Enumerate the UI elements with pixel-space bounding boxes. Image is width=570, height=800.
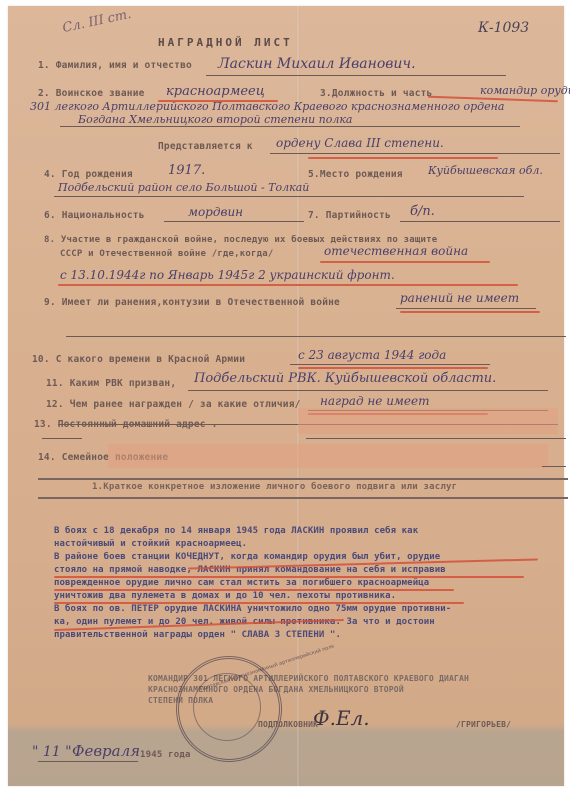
presented-underline — [270, 153, 560, 154]
field-7-underline — [400, 221, 560, 222]
section-rule-top — [38, 478, 568, 480]
narrative-line: настойчивый и стойкий красноармеец. — [54, 539, 247, 549]
date-underline — [38, 761, 138, 762]
field-5-value: Куйбышевская обл. — [428, 164, 543, 177]
field-1-label: 1. Фамилия, имя и отчество — [38, 60, 192, 71]
margin-note-left: Сл. III ст. — [61, 7, 132, 36]
document-title: НАГРАДНОЙ ЛИСТ — [158, 36, 293, 49]
field-6-underline — [164, 221, 304, 222]
field-1-underline — [206, 75, 506, 76]
field-9-underline — [396, 308, 536, 309]
field-13-underline — [306, 438, 566, 439]
date-year: 1945 года — [140, 750, 191, 760]
field-13-label: 13. Постоянный домашний адрес . — [34, 419, 218, 430]
red-underline — [54, 589, 454, 591]
field-10-value: с 23 августа 1944 года — [298, 348, 446, 362]
date-day: " 11 " — [32, 744, 72, 760]
section-rule-bottom — [38, 497, 568, 499]
narrative-line: уничтожив два пулемета в домах и до 10 ч… — [54, 591, 396, 601]
field-6-value: мордвин — [188, 205, 243, 219]
commander-signature: Ф.Ел. — [313, 706, 370, 730]
field-2-value: красноармеец — [166, 84, 265, 99]
field-14-underline — [542, 466, 566, 467]
redacted-area — [108, 444, 548, 468]
field-8-label-cont: СССР и Отечественной войне /где,когда/ — [60, 249, 274, 259]
redacted-area — [298, 408, 558, 434]
presented-label: Представляется к — [158, 141, 253, 152]
field-5-label: 5.Место рождения — [308, 169, 403, 180]
signature-label: ПОДПОЛКОВНИК — [258, 720, 318, 729]
unit-line-2: Богдана Хмельницкого второй степени полк… — [78, 113, 352, 126]
field-11-underline — [188, 390, 548, 391]
signature-name: /ГРИГОРЬЕВ/ — [456, 720, 511, 729]
birthplace-underline — [54, 196, 524, 197]
field-10-underline — [290, 364, 490, 365]
field-7-value: б/п. — [410, 204, 435, 219]
section-header: 1.Краткое конкретное изложение личного б… — [92, 482, 457, 492]
narrative-line: поврежденное орудие лично сам стал мстит… — [54, 578, 429, 588]
red-underline — [298, 367, 488, 369]
narrative-line: В боях с 18 декабря по 14 января 1945 го… — [54, 526, 418, 536]
field-9-value: ранений не имеет — [400, 291, 519, 305]
field-12-label: 12. Чем ранее награжден / за какие отлич… — [46, 399, 301, 410]
field-11-value: Подбельский РВК. Куйбышевской области. — [194, 371, 496, 386]
field-3-label: 3.Должность и часть — [320, 88, 432, 99]
field-6-label: 6. Национальность — [44, 210, 145, 221]
field-8-value-cont: с 13.10.1944г по Январь 1945г 2 украинск… — [60, 268, 395, 282]
birthplace-line-2: Подбельский район село Большой - Толкай — [58, 181, 309, 194]
narrative-line: В боях по ов. ПЕТЕР орудие ЛАСКИНА уничт… — [54, 604, 451, 614]
field-12-value: наград не имеет — [320, 394, 429, 408]
field-3-value: командир орудия — [480, 84, 570, 97]
red-underline — [308, 157, 498, 159]
field-11-label: 11. Каким РВК призван, — [46, 378, 176, 389]
red-underline — [58, 284, 518, 286]
narrative-line: правительственной награды орден " СЛАВА … — [54, 630, 341, 640]
field-4-value: 1917. — [168, 163, 205, 178]
unit-line-1: 301 легкого Артиллерийского Полтавского … — [30, 100, 504, 113]
field-2-label: 2. Воинское звание — [38, 88, 145, 99]
red-underline — [400, 311, 540, 313]
official-stamp: Полтавский Краснознаменный артиллерийски… — [176, 656, 282, 762]
date-month: Февраля — [72, 742, 140, 760]
field-7-label: 7. Партийность — [308, 210, 391, 221]
field-10-label: 10. С какого времени в Красной Армии — [32, 354, 245, 365]
red-underline — [54, 576, 524, 578]
red-underline — [320, 261, 490, 263]
field-9-extra-line — [66, 336, 566, 337]
field-1-value: Ласкин Михаил Иванович. — [218, 56, 416, 72]
unit-underline — [60, 126, 520, 127]
field-8-value: отечественная война — [324, 244, 468, 258]
field-13-underline — [42, 438, 82, 439]
margin-note-right: К-1093 — [478, 20, 529, 36]
award-sheet: Сл. III ст. К-1093 НАГРАДНОЙ ЛИСТ 1. Фам… — [8, 6, 564, 786]
field-4-label: 4. Год рождения — [44, 169, 133, 180]
presented-value: ордену Слава III степени. — [276, 136, 444, 150]
field-9-label: 9. Имеет ли ранения,контузии в Отечестве… — [44, 297, 340, 308]
red-underline — [54, 602, 464, 604]
narrative-line: В районе боев станции КОЧЕДНУТ, когда ко… — [54, 552, 440, 562]
